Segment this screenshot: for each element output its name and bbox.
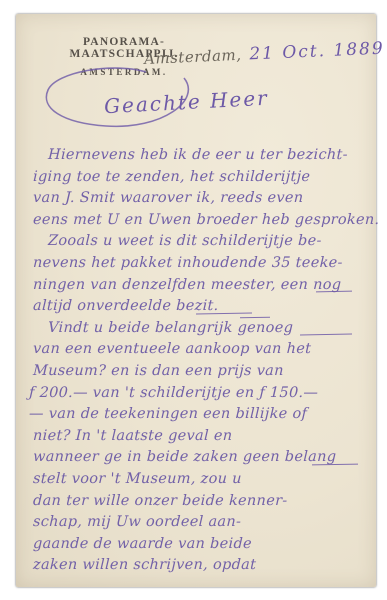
handwritten-line: eens met U en Uwen broeder heb gesproken… — [33, 210, 371, 232]
handwritten-line: van een eventueele aankoop van het — [33, 339, 371, 361]
handwritten-line: — van de teekeningen een billijke of — [29, 404, 371, 426]
handwritten-line: schap, mij Uw oordeel aan- — [33, 512, 371, 534]
dateline-date: 21 Oct. 1889 — [249, 39, 385, 65]
handwritten-line: niet? In 't laatste geval en — [33, 426, 371, 448]
handwritten-line: gaande de waarde van beide — [33, 534, 371, 556]
handwritten-line: ƒ 200.— van 't schilderijtje en ƒ 150.— — [29, 383, 371, 405]
handwritten-line: Vindt u beide belangrijk genoeg — [33, 318, 371, 340]
dateline-place: Amsterdam, — [144, 46, 242, 68]
handwritten-line: Zooals u weet is dit schilderijtje be- — [33, 231, 371, 253]
salutation: Geachte Heer — [103, 86, 269, 119]
letter-body: Hiernevens heb ik de eer u ter bezicht- … — [33, 145, 370, 577]
handwritten-line: iging toe te zenden, het schilderijtje — [33, 167, 371, 189]
handwritten-line: stelt voor 't Museum, zou u — [33, 469, 371, 491]
handwritten-line: wanneer ge in beide zaken geen belang — [33, 447, 371, 469]
letter-paper: PANORAMA-MAATSCHAPPIJ. AMSTERDAM. Amster… — [16, 14, 376, 587]
handwritten-line: dan ter wille onzer beide kenner- — [33, 491, 371, 513]
handwritten-line: Museum? en is dan een prijs van — [33, 361, 371, 383]
handwritten-line: ningen van denzelfden meester, een nog — [33, 275, 371, 297]
scan-frame: PANORAMA-MAATSCHAPPIJ. AMSTERDAM. Amster… — [0, 0, 387, 600]
handwritten-line: altijd onverdeelde bezit. — [33, 296, 371, 318]
handwritten-line: zaken willen schrijven, opdat — [33, 555, 371, 577]
handwritten-line: nevens het pakket inhoudende 35 teeke- — [33, 253, 371, 275]
letterhead-city: AMSTERDAM. — [34, 67, 214, 77]
handwritten-line: Hiernevens heb ik de eer u ter bezicht- — [33, 145, 371, 167]
handwritten-line: van J. Smit waarover ik, reeds even — [33, 188, 371, 210]
